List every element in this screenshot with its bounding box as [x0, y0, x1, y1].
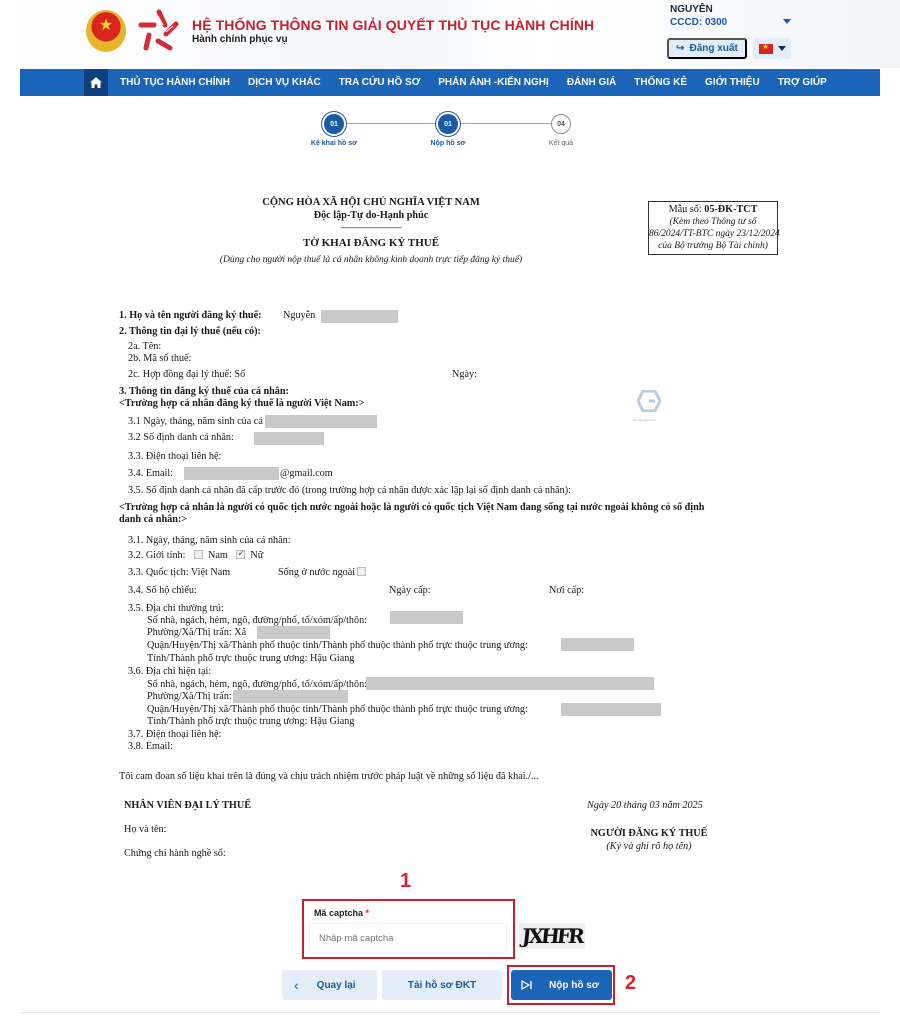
living-abroad-field: Sống ở nước ngoài [278, 567, 371, 579]
redacted-current-district [561, 703, 661, 716]
redacted-permanent-street [390, 611, 463, 624]
form-code: 05-ĐK-TCT [704, 204, 757, 215]
section-1-label: 1. Họ và tên người đăng ký thuế: [119, 310, 262, 322]
chevron-left-icon: ‹ [294, 977, 299, 993]
registrant-surname: Nguyễn [283, 310, 315, 322]
agent-signature-cert: Chứng chỉ hành nghề số: [124, 848, 226, 860]
section-3-label: 3. Thông tin đăng ký thuế của cá nhân: [119, 386, 289, 398]
redacted-current-ward [233, 690, 348, 703]
national-motto: Độc lập-Tự do-Hạnh phúc [314, 210, 429, 222]
back-button-label: Quay lại [317, 980, 356, 991]
permanent-district-field: Quận/Huyện/Thị xã/Thành phố thuộc tỉnh/T… [147, 640, 528, 652]
download-dossier-label: Tải hồ sơ ĐKT [408, 980, 476, 991]
gender-male-checkbox [194, 550, 203, 559]
agent-tax-code-field: 2b. Mã số thuế: [128, 353, 191, 365]
required-mark: * [366, 908, 370, 918]
current-ward-field: Phường/Xã/Thị trấn: [147, 691, 232, 703]
redacted-email [184, 467, 279, 480]
case-foreign-label: <Trường hợp cá nhân là người có quốc tịc… [119, 502, 704, 514]
submit-dossier-label: Nộp hồ sơ [549, 980, 599, 991]
watermark-logo-icon [637, 390, 661, 412]
redacted-permanent-ward [257, 626, 330, 639]
foreign-phone-field: 3.7. Điện thoại liên hệ: [128, 729, 221, 741]
download-dossier-button[interactable]: Tải hồ sơ ĐKT [382, 970, 502, 1000]
living-abroad-checkbox [357, 567, 366, 576]
skip-forward-icon [521, 980, 533, 990]
gender-female-label: Nữ [250, 550, 263, 561]
form-code-line1: (Kèm theo Thông tư số [649, 216, 777, 228]
current-address-label: 3.6. Địa chỉ hiện tại: [128, 666, 211, 678]
signing-date: Ngày 20 tháng 03 năm 2025 [587, 800, 703, 812]
current-province-field: Tỉnh/Thành phố trực thuộc trung ương: Hậ… [147, 716, 354, 728]
watermark-text: kế toán quốc việt [633, 418, 656, 422]
agent-contract-field: 2c. Hợp đồng đại lý thuế: Số [128, 369, 245, 381]
nationality-field: 3.3. Quốc tịch: Việt Nam [128, 567, 230, 579]
form-code-line2: 86/2024/TT-BTC ngày 23/12/2024 [649, 228, 777, 240]
footer-divider [20, 1012, 880, 1013]
permanent-ward-field: Phường/Xã/Thị trấn: Xã [147, 627, 246, 639]
foreign-gender-field: 3.2. Giới tính: Nam Nữ [128, 550, 263, 562]
passport-issue-date: Ngày cấp: [389, 585, 431, 597]
permanent-address-label: 3.5. Địa chỉ thường trú: [128, 603, 224, 615]
case-vietnamese-label: <Trường hợp cá nhân đăng ký thuế là ngườ… [119, 398, 365, 410]
passport-issue-place: Nơi cấp: [549, 585, 584, 597]
vn-previous-id-field: 3.5. Số định danh cá nhân đã cấp trước đ… [128, 485, 571, 497]
vn-id-field: 3.2 Số định danh cá nhân: [128, 432, 234, 444]
back-button[interactable]: ‹ Quay lại [282, 970, 377, 1000]
vn-phone-field: 3.3. Điện thoại liên hệ: [128, 451, 221, 463]
agent-name-field: 2a. Tên: [128, 341, 161, 353]
form-title: TỜ KHAI ĐĂNG KÝ THUẾ [303, 237, 439, 249]
current-district-field: Quận/Huyện/Thị xã/Thành phố thuộc tỉnh/T… [147, 704, 528, 716]
redacted-dob [265, 415, 377, 428]
passport-field: 3.4. Số hộ chiếu: [128, 585, 197, 597]
title-separator: ---------------------------- [341, 222, 402, 234]
agent-signature-name: Họ và tên: [124, 824, 166, 836]
foreign-email-field: 3.8. Email: [128, 741, 173, 753]
form-subtitle: (Dùng cho người nộp thuế là cá nhân khôn… [220, 254, 522, 266]
tax-registration-form-preview: CỘNG HÒA XÃ HỘI CHỦ NGHĨA VIỆT NAM Độc l… [0, 0, 900, 1016]
national-title: CỘNG HÒA XÃ HỘI CHỦ NGHĨA VIỆT NAM [262, 197, 480, 209]
vn-email-field: 3.4. Email: [128, 468, 173, 480]
foreign-dob-field: 3.1. Ngày, tháng, năm sinh của cá nhân: [128, 535, 291, 547]
form-code-box: Mẫu số: 05-ĐK-TCT (Kèm theo Thông tư số … [648, 201, 778, 255]
captcha-input[interactable] [309, 923, 507, 953]
section-2-label: 2. Thông tin đại lý thuế (nếu có): [119, 326, 261, 338]
annotation-marker-2: 2 [625, 972, 636, 995]
form-code-label: Mẫu số: [669, 204, 705, 215]
captcha-field-group: Mã captcha * [302, 899, 515, 959]
redacted-name [321, 310, 398, 323]
registrant-signature-note: (Ký và ghi rõ họ tên) [606, 841, 691, 853]
form-code-line3: của Bộ trưởng Bộ Tài chính) [649, 240, 777, 252]
permanent-province-field: Tỉnh/Thành phố trực thuộc trung ương: Hậ… [147, 653, 354, 665]
gender-female-checkbox [236, 550, 245, 559]
email-domain: @gmail.com [280, 468, 333, 480]
submit-dossier-button[interactable]: Nộp hồ sơ [511, 970, 612, 1000]
redacted-permanent-district [561, 638, 634, 651]
declaration-text: Tôi cam đoan số liệu khai trên là đúng v… [119, 771, 539, 783]
case-foreign-label-cont: danh cá nhân:> [119, 514, 187, 526]
gender-male-label: Nam [208, 550, 228, 561]
gender-label: 3.2. Giới tính: [128, 550, 185, 561]
living-abroad-label: Sống ở nước ngoài [278, 567, 355, 578]
annotation-marker-1: 1 [400, 870, 411, 893]
redacted-current-street [366, 677, 654, 690]
captcha-image[interactable]: JXHFR [519, 923, 585, 949]
captcha-label: Mã captcha * [314, 908, 369, 918]
registrant-signature-title: NGƯỜI ĐĂNG KÝ THUẾ [591, 828, 708, 840]
agent-signature-title: NHÂN VIÊN ĐẠI LÝ THUẾ [124, 800, 251, 812]
agent-contract-date: Ngày: [452, 369, 477, 381]
redacted-id [254, 432, 324, 445]
